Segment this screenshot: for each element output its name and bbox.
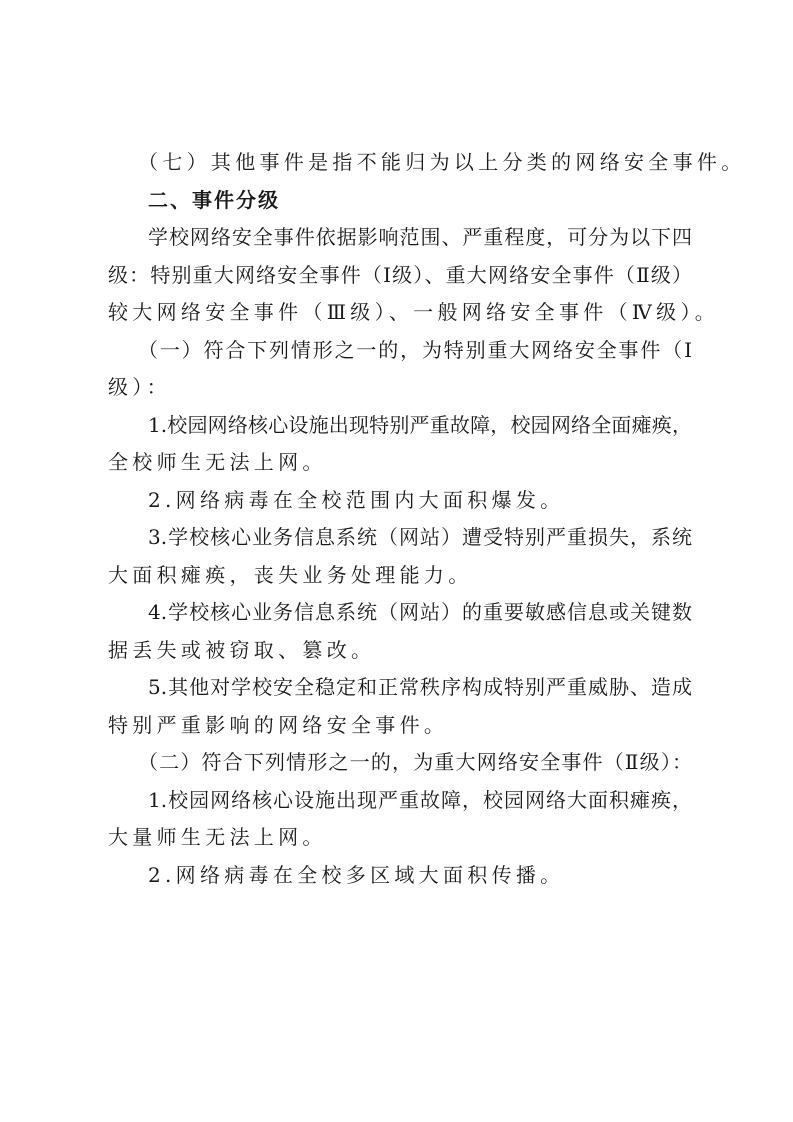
level-2-item-1-line-1: 1.校园网络核心设施出现严重故障，校园网络大面积瘫痪， (108, 782, 692, 820)
paragraph-grading-intro-line-1: 学校网络安全事件依据影响范围、严重程度，可分为以下四 (108, 219, 692, 257)
section-heading-event-grading: 二、事件分级 (108, 182, 692, 220)
level-1-item-3-line-1: 3.学校核心业务信息系统（网站）遭受特别严重损失，系统 (108, 519, 692, 557)
paragraph-grading-intro-line-3: 较大网络安全事件（Ⅲ级）、一般网络安全事件（Ⅳ级）。 (108, 294, 692, 332)
level-1-item-3-line-2: 大面积瘫痪，丧失业务处理能力。 (108, 557, 692, 595)
level-1-item-5-line-2: 特别严重影响的网络安全事件。 (108, 707, 692, 745)
subheading-level-1-line-2: 级）： (108, 369, 692, 407)
paragraph-other-events: （七）其他事件是指不能归为以上分类的网络安全事件。 (108, 144, 692, 182)
level-1-item-5-line-1: 5.其他对学校安全稳定和正常秩序构成特别严重威胁、造成 (108, 669, 692, 707)
level-1-item-1-line-2: 全校师生无法上网。 (108, 444, 692, 482)
level-2-item-1-line-2: 大量师生无法上网。 (108, 819, 692, 857)
subheading-level-1-line-1: （一）符合下列情形之一的，为特别重大网络安全事件（Ⅰ (108, 332, 692, 370)
level-2-item-2: 2.网络病毒在全校多区域大面积传播。 (108, 857, 692, 895)
document-page: （七）其他事件是指不能归为以上分类的网络安全事件。 二、事件分级 学校网络安全事… (108, 144, 692, 894)
level-1-item-1-line-1: 1.校园网络核心设施出现特别严重故障，校园网络全面瘫痪， (108, 407, 692, 445)
paragraph-grading-intro-line-2: 级：特别重大网络安全事件（Ⅰ级）、重大网络安全事件（Ⅱ级） (108, 257, 692, 295)
subheading-level-2: （二）符合下列情形之一的，为重大网络安全事件（Ⅱ级）： (108, 744, 692, 782)
level-1-item-2: 2.网络病毒在全校范围内大面积爆发。 (108, 482, 692, 520)
level-1-item-4-line-2: 据丢失或被窃取、篡改。 (108, 632, 692, 670)
level-1-item-4-line-1: 4.学校核心业务信息系统（网站）的重要敏感信息或关键数 (108, 594, 692, 632)
